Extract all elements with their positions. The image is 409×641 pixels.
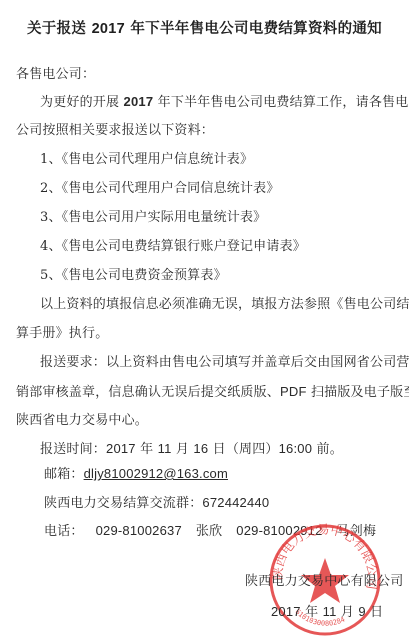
signature-year-unit: 年 (301, 605, 323, 620)
title-year: 2017 (92, 21, 125, 37)
contact-person-1: 张欣 (196, 524, 222, 539)
deadline-month: 11 (158, 441, 172, 456)
intro-line-1: 为更好的开展 2017 年下半年售电公司电费结算工作，请各售电 (40, 94, 408, 111)
email-line: 邮箱：dljy81002912@163.com (44, 466, 228, 483)
material-item-2: 2、《售电公司代理用户合同信息统计表》 (40, 181, 280, 197)
phone-label: 电话： (44, 524, 84, 539)
signature-date: 2017 年 11 月 9 日 (271, 604, 383, 621)
intro-prefix: 为更好的开展 (40, 95, 124, 110)
signature-organization: 陕西电力交易中心有限公司 (245, 574, 403, 590)
deadline-day-unit: 日（周四） (208, 442, 278, 457)
material-item-1: 1、《售电公司代理用户信息统计表》 (40, 152, 253, 168)
pdf-label: PDF (280, 384, 307, 399)
requirements-line-1: 报送要求：以上资料由售电公司填写并盖章后交由国网省公司营 (40, 355, 409, 371)
material-item-4: 4、《售电公司电费结算银行账户登记申请表》 (40, 239, 306, 255)
contact-person-2: 马剑梅 (337, 524, 377, 539)
phone-1: 029-81002637 (96, 523, 182, 538)
requirements-line-3: 陕西省电力交易中心。 (16, 413, 148, 429)
signature-month-unit: 月 (337, 605, 359, 620)
signature-day-unit: 日 (366, 605, 384, 620)
accuracy-note-line-2: 算手册》执行。 (16, 326, 108, 342)
phone-line: 电话：029-81002637张欣029-81002912马剑梅 (44, 523, 376, 540)
signature-month: 11 (323, 604, 337, 619)
email-label: 邮箱： (44, 467, 84, 482)
deadline: 报送时间：2017 年 11 月 16 日（周四）16:00 前。 (40, 441, 343, 458)
group-number: 672442440 (202, 495, 269, 510)
deadline-month-unit: 月 (172, 442, 194, 457)
deadline-label: 报送时间： (40, 442, 106, 457)
intro-year: 2017 (124, 94, 154, 109)
group-line: 陕西电力交易结算交流群：672442440 (44, 495, 269, 512)
accuracy-note-line-1: 以上资料的填报信息必须准确无误，填报方法参照《售电公司结 (40, 297, 409, 313)
title-suffix: 年下半年售电公司电费结算资料的通知 (125, 20, 382, 37)
document-title: 关于报送 2017 年下半年售电公司电费结算资料的通知 (0, 20, 409, 38)
material-item-3: 3、《售电公司用户实际用电量统计表》 (40, 210, 266, 226)
requirements-suffix: 扫描版及电子版至 (307, 385, 409, 400)
phone-2: 029-81002912 (236, 523, 322, 538)
signature-day: 9 (358, 604, 365, 619)
signature-year: 2017 (271, 604, 301, 619)
deadline-year-unit: 年 (136, 442, 158, 457)
email-link[interactable]: dljy81002912@163.com (84, 466, 228, 481)
title-prefix: 关于报送 (27, 20, 92, 37)
deadline-day: 16 (193, 441, 208, 456)
group-label: 陕西电力交易结算交流群： (44, 496, 202, 511)
deadline-year: 2017 (106, 441, 136, 456)
deadline-suffix: 前。 (312, 442, 343, 457)
intro-suffix: 年下半年售电公司电费结算工作，请各售电 (153, 95, 408, 110)
intro-line-2: 公司按照相关要求报送以下资料： (16, 123, 214, 139)
requirements-prefix: 销部审核盖章，信息确认无误后提交纸质版、 (16, 385, 280, 400)
salutation: 各售电公司： (16, 67, 95, 83)
material-item-5: 5、《售电公司电费资金预算表》 (40, 268, 227, 284)
deadline-time: 16:00 (279, 441, 313, 456)
requirements-line-2: 销部审核盖章，信息确认无误后提交纸质版、PDF 扫描版及电子版至 (16, 384, 409, 401)
